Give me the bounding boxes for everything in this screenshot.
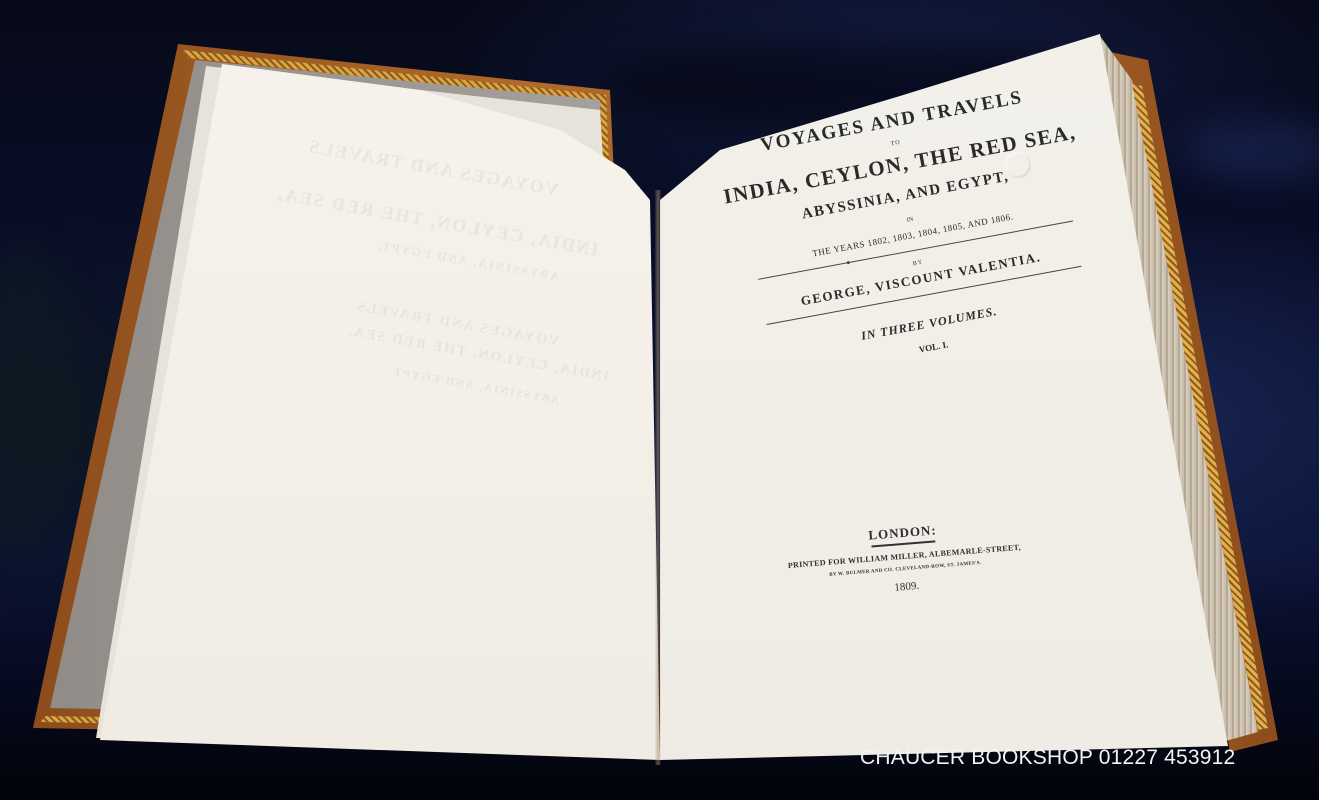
- cloth-fold-left: [0, 250, 80, 550]
- photo-scene: VOYAGES AND TRAVELS INDIA, CEYLON, THE R…: [0, 0, 1319, 800]
- author-name: GEORGE, VISCOUNT VALENTIA.: [733, 238, 1109, 320]
- book-gutter: [655, 190, 661, 765]
- cloth-fold-highlight: [1180, 120, 1319, 180]
- rule-dot: [847, 261, 850, 264]
- bookshop-watermark: CHAUCER BOOKSHOP 01227 453912: [860, 746, 1235, 770]
